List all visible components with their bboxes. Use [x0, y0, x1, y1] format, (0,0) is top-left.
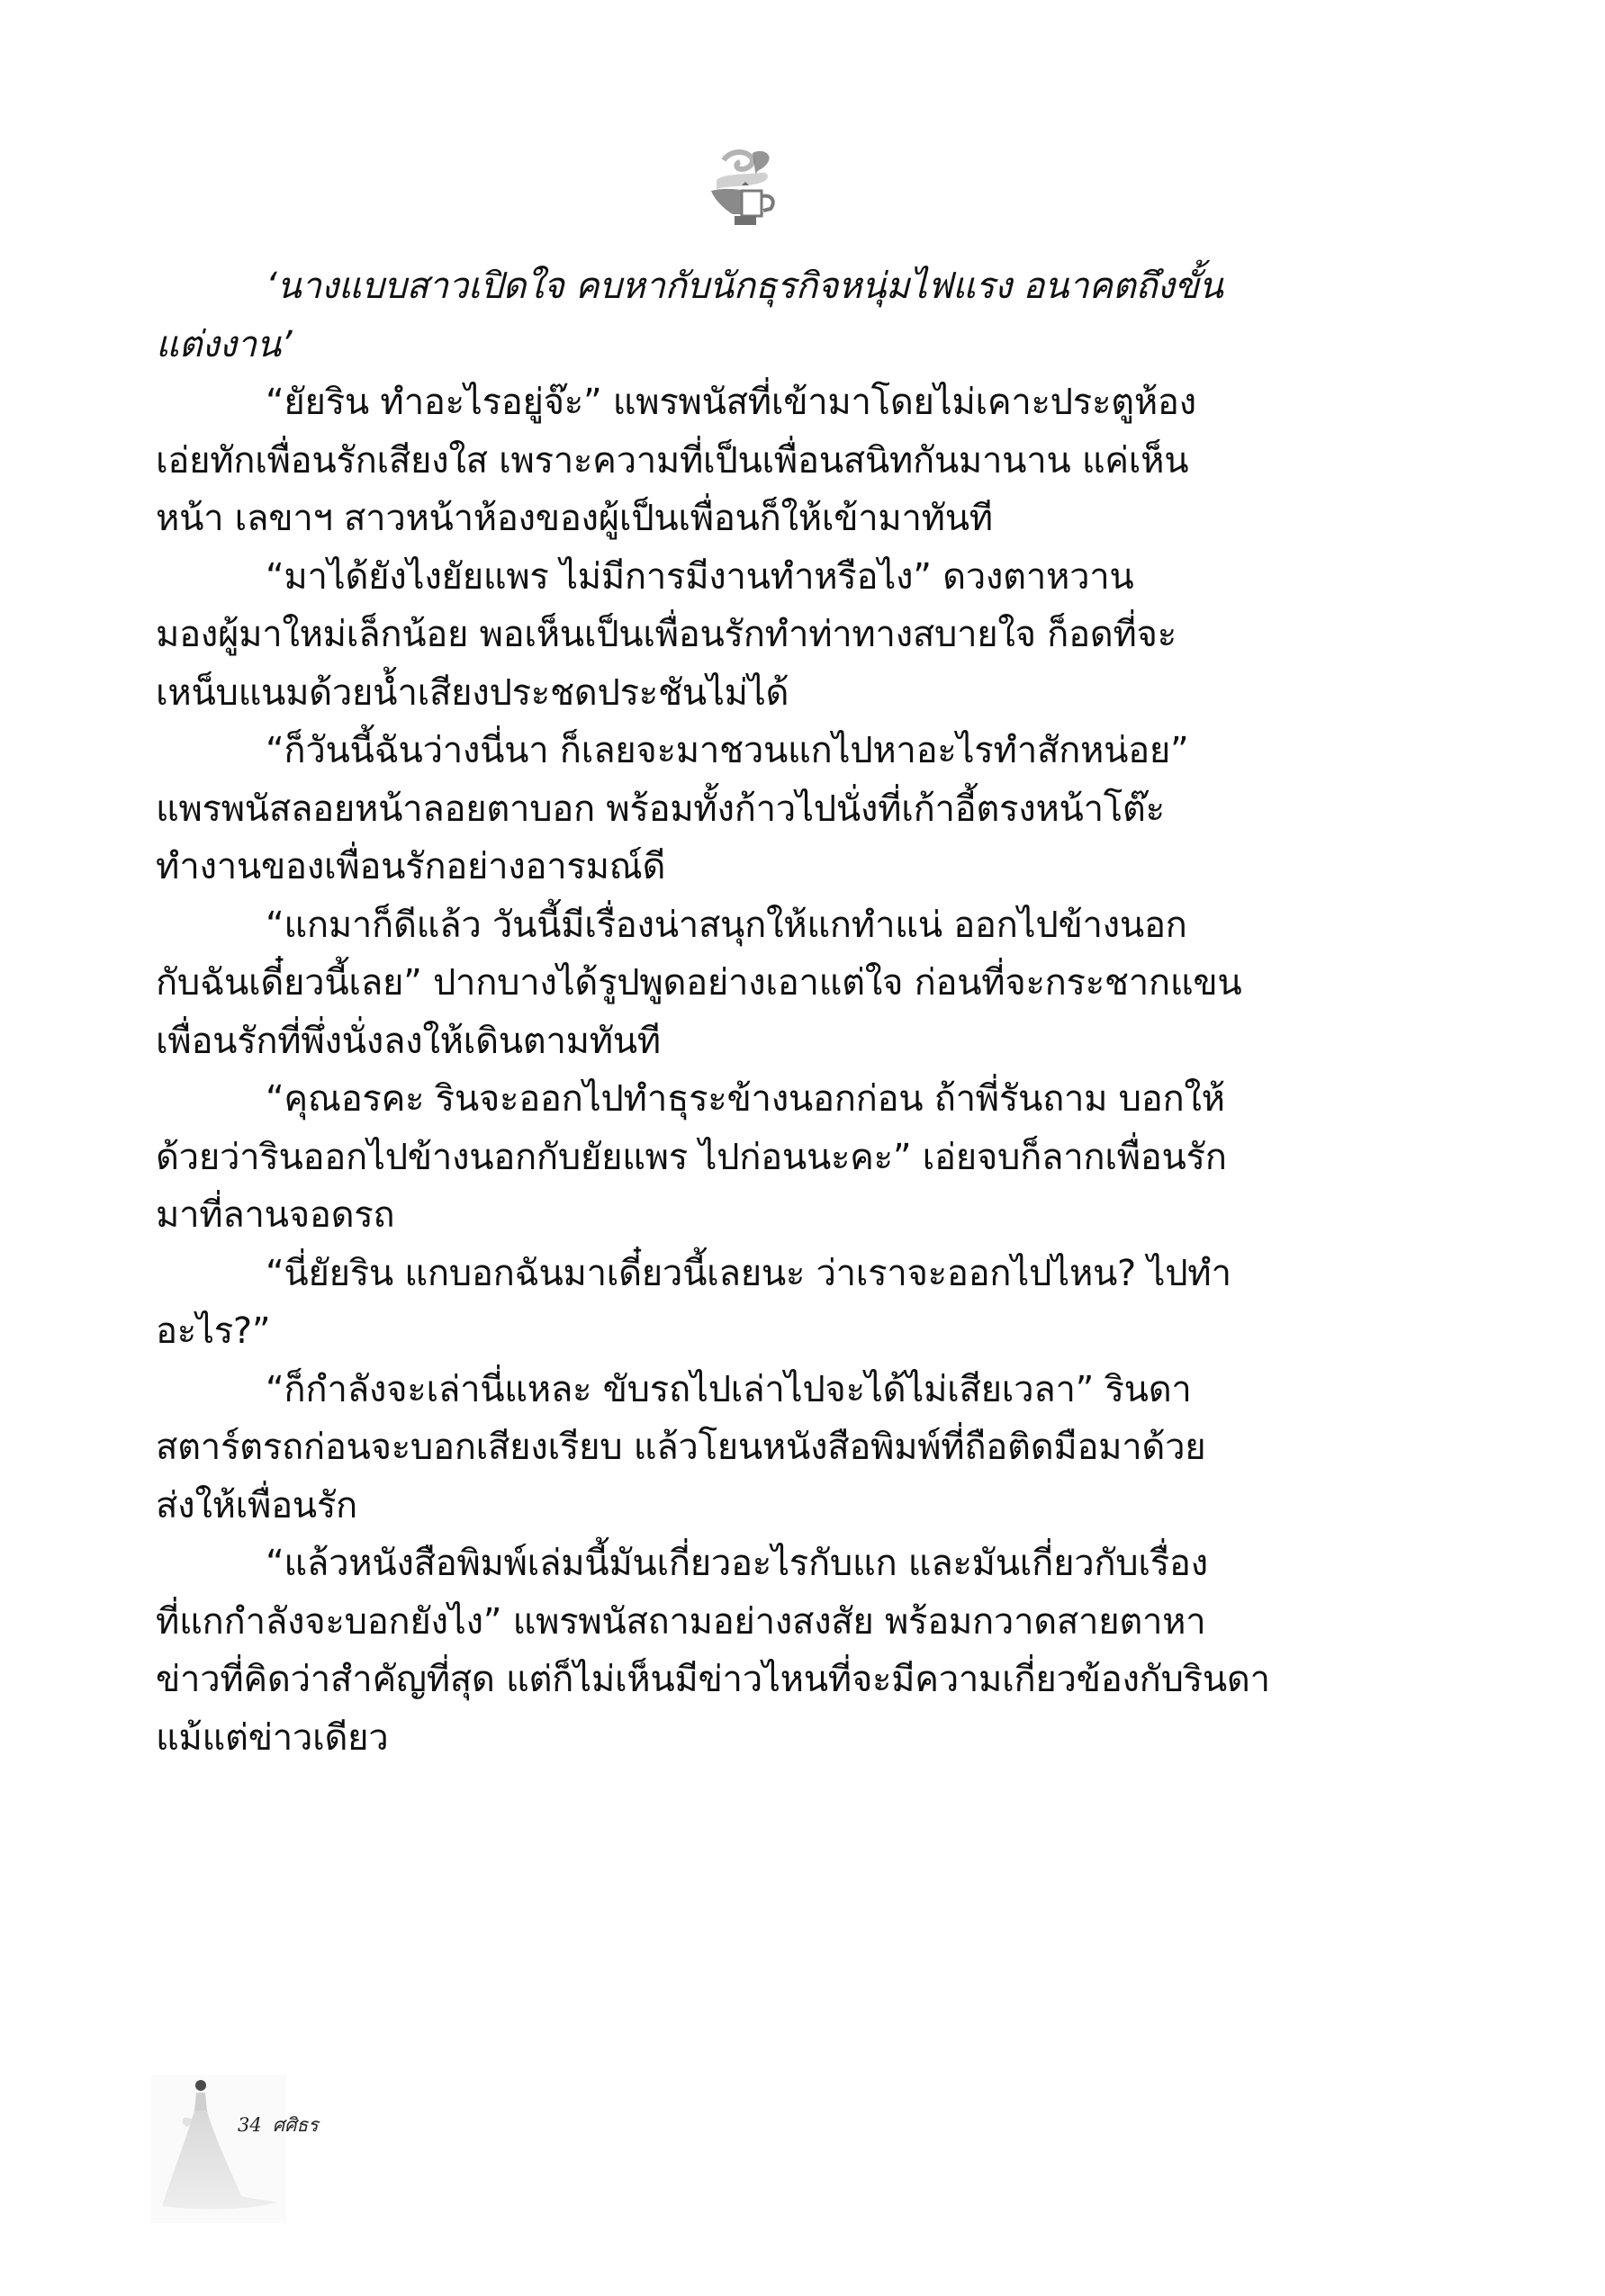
- paragraph-line: อะไร?”: [156, 1302, 1333, 1361]
- paragraph-line: สตาร์ตรถก่อนจะบอกเสียงเรียบ แล้วโยนหนังส…: [156, 1418, 1333, 1477]
- paragraph-line: แม้แต่ข่าวเดียว: [156, 1709, 1333, 1768]
- paragraph-line: เพื่อนรักที่พึ่งนั่งลงให้เดินตามทันที: [156, 1013, 1333, 1071]
- page-body: ‘นางแบบสาวเปิดใจ คบหากับนักธุรกิจหนุ่มไฟ…: [156, 257, 1333, 1767]
- paragraph-line: เอ่ยทักเพื่อนรักเสียงใส เพราะความที่เป็น…: [156, 432, 1333, 491]
- paragraph-line: ด้วยว่ารินออกไปข้างนอกกับยัยแพร ไปก่อนนะ…: [156, 1129, 1333, 1187]
- headline-line-2: แต่งงาน’: [156, 316, 1333, 374]
- paragraph-line: “คุณอรคะ รินจะออกไปทำธุระข้างนอกก่อน ถ้า…: [156, 1070, 1333, 1129]
- paragraph-line: เหน็บแนมด้วยน้ำเสียงประชดประชันไม่ได้: [156, 664, 1333, 723]
- paragraph-line: หน้า เลขาฯ สาวหน้าห้องของผู้เป็นเพื่อนก็…: [156, 490, 1333, 548]
- page-number: 34: [238, 2114, 262, 2136]
- paragraph-line: แพรพนัสลอยหน้าลอยตาบอก พร้อมทั้งก้าวไปนั…: [156, 780, 1333, 839]
- paragraph-line: มาที่ลานจอดรถ: [156, 1186, 1333, 1245]
- paragraph-line: “แกมาก็ดีแล้ว วันนี้มีเรื่องน่าสนุกให้แก…: [156, 896, 1333, 955]
- paragraph-line: ที่แกกำลังจะบอกยังไง” แพรพนัสถามอย่างสงส…: [156, 1593, 1333, 1652]
- paragraph-line: มองผู้มาใหม่เล็กน้อย พอเห็นเป็นเพื่อนรัก…: [156, 606, 1333, 664]
- author-name: ศศิธร: [273, 2114, 319, 2136]
- paragraph-line: ทำงานของเพื่อนรักอย่างอารมณ์ดี: [156, 838, 1333, 896]
- paragraph-line: “ก็วันนี้ฉันว่างนี่นา ก็เลยจะมาชวนแกไปหา…: [156, 722, 1333, 780]
- magic-lamp-icon: [697, 142, 790, 229]
- paragraph-line: ข่าวที่คิดว่าสำคัญที่สุด แต่ก็ไม่เห็นมีข…: [156, 1651, 1333, 1709]
- paragraph-line: กับฉันเดี๋ยวนี้เลย” ปากบางได้รูปพูดอย่าง…: [156, 954, 1333, 1013]
- headline-line-1: ‘นางแบบสาวเปิดใจ คบหากับนักธุรกิจหนุ่มไฟ…: [156, 257, 1333, 316]
- paragraph-line: ส่งให้เพื่อนรัก: [156, 1477, 1333, 1535]
- page-footer: 34ศศิธร: [151, 2075, 511, 2228]
- page-footer-text: 34ศศิธร: [238, 2111, 319, 2140]
- paragraph-line: “ก็กำลังจะเล่านี่แหละ ขับรถไปเล่าไปจะได้…: [156, 1361, 1333, 1419]
- paragraph-line: “มาได้ยังไงยัยแพร ไม่มีการมีงานทำหรือไง”…: [156, 548, 1333, 607]
- paragraph-line: “นี่ยัยริน แกบอกฉันมาเดี๋ยวนี้เลยนะ ว่าเ…: [156, 1245, 1333, 1303]
- paragraph-line: “แล้วหนังสือพิมพ์เล่มนี้มันเกี่ยวอะไรกับ…: [156, 1535, 1333, 1593]
- bride-silhouette-icon: [151, 2075, 286, 2223]
- paragraph-line: “ยัยริน ทำอะไรอยู่จ๊ะ” แพรพนัสที่เข้ามาโ…: [156, 374, 1333, 432]
